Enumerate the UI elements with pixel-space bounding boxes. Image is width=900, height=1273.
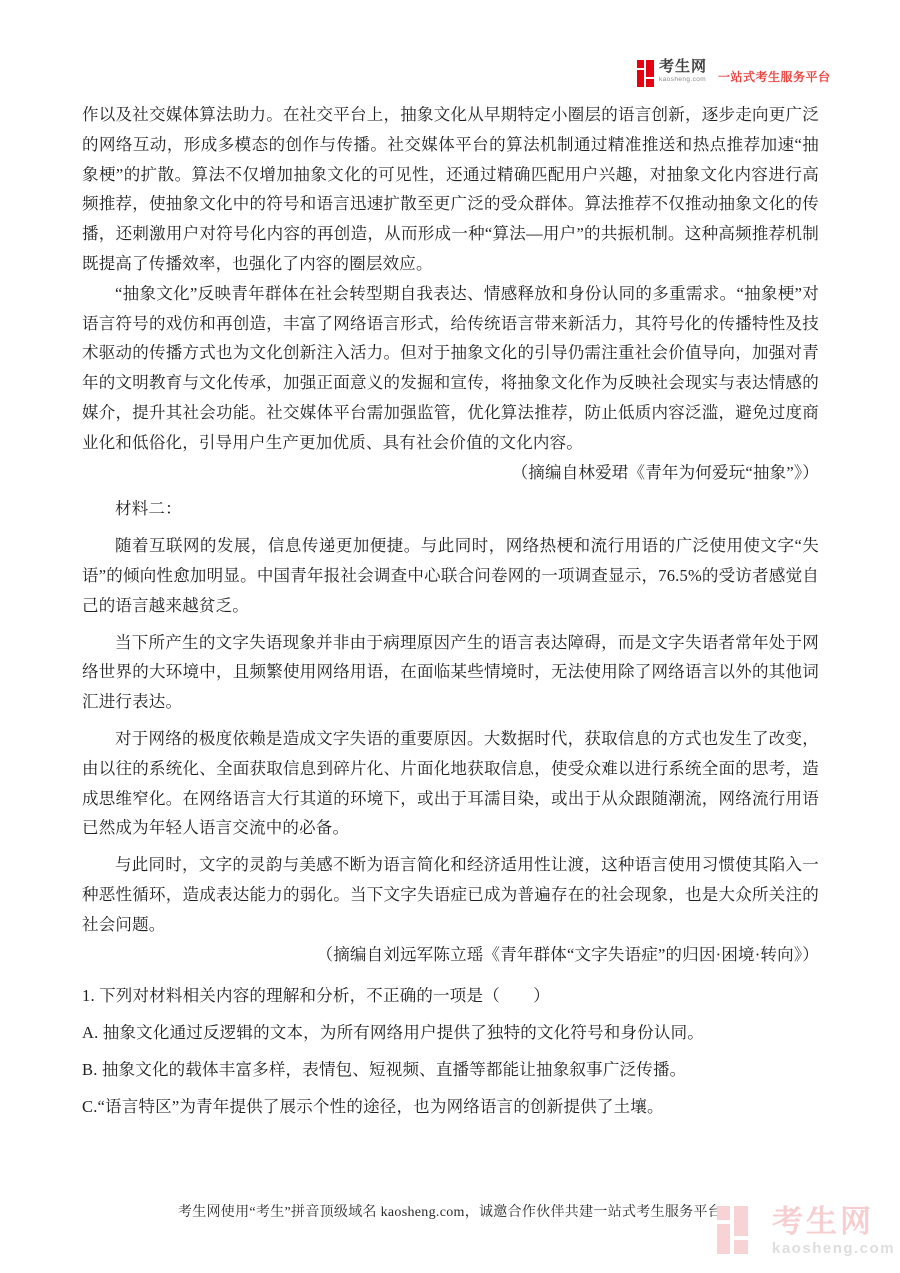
material1-paragraph-continuation: 作以及社交媒体算法助力。在社交平台上，抽象文化从早期特定小圈层的语言创新，逐步走…: [82, 100, 819, 279]
watermark-domain: kaosheng.com: [772, 1241, 895, 1256]
kaosheng-header-logo: 考生网 kaosheng.com 一站式考生服务平台: [637, 59, 831, 87]
kaosheng-watermark-icon: [717, 1206, 764, 1254]
material1-paragraph-2: “抽象文化”反映青年群体在社会转型期自我表达、情感释放和身份认同的多重需求。“抽…: [82, 279, 819, 458]
kaosheng-logo-icon: [637, 60, 655, 87]
material2-paragraph-4: 与此同时，文字的灵韵与美感不断为语言简化和经济适用性让渡，这种语言使用习惯使其陷…: [82, 850, 819, 939]
material2-label: 材料二：: [82, 494, 819, 524]
material2-paragraph-1: 随着互联网的发展，信息传递更加便捷。与此同时，网络热梗和流行用语的广泛使用使文字…: [82, 531, 819, 620]
question-1-option-a: A. 抽象文化通过反逻辑的文本，为所有网络用户提供了独特的文化符号和身份认同。: [82, 1018, 819, 1047]
material2-paragraph-2: 当下所产生的文字失语现象并非由于病理原因产生的语言表达障碍，而是文字失语者常年处…: [82, 628, 819, 717]
exam-page-content: 作以及社交媒体算法助力。在社交平台上，抽象文化从早期特定小圈层的语言创新，逐步走…: [82, 100, 819, 1121]
question-1-option-c: C.“语言特区”为青年提供了展示个性的途径，也为网络语言的创新提供了土壤。: [82, 1092, 819, 1121]
material2-paragraph-3: 对于网络的极度依赖是造成文字失语的重要原因。大数据时代，获取信息的方式也发生了改…: [82, 724, 819, 843]
question-1-option-b: B. 抽象文化的载体丰富多样，表情包、短视频、直播等都能让抽象叙事广泛传播。: [82, 1055, 819, 1084]
question-1-stem: 1. 下列对材料相关内容的理解和分析，不正确的一项是（ ）: [82, 981, 819, 1010]
kaosheng-watermark: 考生网 kaosheng.com: [717, 1206, 895, 1256]
material1-attribution: （摘编自林爱珺《青年为何爱玩“抽象”》）: [82, 458, 819, 488]
material2-attribution: （摘编自刘远军陈立瑶《青年群体“文字失语症”的归因·困境·转向》）: [82, 940, 819, 970]
logo-domain: kaosheng.com: [659, 77, 707, 84]
logo-tagline: 一站式考生服务平台: [718, 68, 831, 85]
logo-name: 考生网: [659, 59, 707, 74]
logo-text-column: 考生网 kaosheng.com: [659, 59, 707, 84]
watermark-text-column: 考生网 kaosheng.com: [772, 1206, 895, 1256]
watermark-name: 考生网: [772, 1206, 895, 1237]
question-1-block: 1. 下列对材料相关内容的理解和分析，不正确的一项是（ ） A. 抽象文化通过反…: [82, 981, 819, 1121]
